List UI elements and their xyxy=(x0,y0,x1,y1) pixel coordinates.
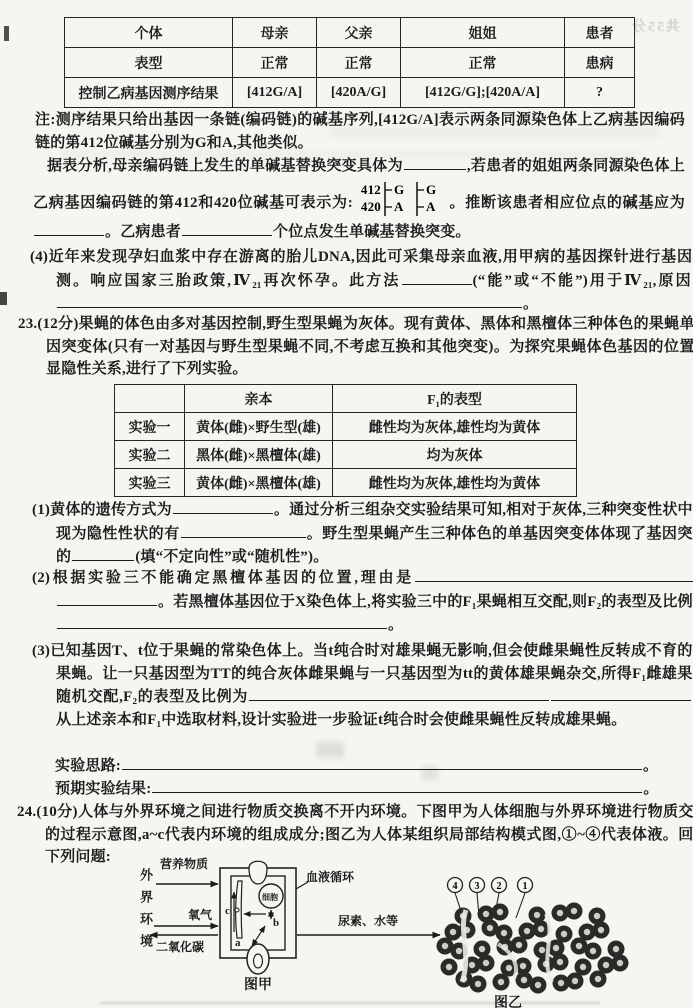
table-cell: 黄体(雌)×野生型(雄) xyxy=(185,413,333,441)
answer-blank xyxy=(57,292,522,308)
answer-blank xyxy=(415,566,693,582)
question-23-intro: 23.(12分)果蝇的体色由多对基因控制,野生型果蝇为灰体。现有黄体、黑体和黑檀… xyxy=(18,313,693,381)
table-cell: [420A/G] xyxy=(317,78,401,108)
question-22-4: (4)近年来发现孕妇血浆中存在游离的胎儿DNA,因此可采集母亲血液,用甲病的基因… xyxy=(30,246,693,316)
urea-water-label: 尿素、水等 xyxy=(338,914,398,928)
table-cell: 正常 xyxy=(317,48,401,78)
table-cell: 母亲 xyxy=(233,18,317,48)
note-paragraph: 注:测序结果只给出基因一条链(编码链)的碱基序列,[412G/A]表示两条同源染… xyxy=(35,109,685,154)
question-23-1: (1)黄体的遗传方式为。通过分析三组杂交实验结果可知,相对于灰体,三种突变性状中… xyxy=(32,498,693,569)
answer-blank xyxy=(173,498,273,514)
question-label: 23. xyxy=(18,316,37,332)
svg-text:A: A xyxy=(394,199,404,214)
nutrients-label: 营养物质 xyxy=(160,857,208,871)
question-text: 根据实验三不能确定黑檀体基因的位置,理由是。若黑檀体基因位于X染色体上,将实验三… xyxy=(50,570,693,633)
table-cell: 黑体(雌)×黑檀体(雄) xyxy=(185,441,333,469)
answer-blank xyxy=(57,613,387,629)
letter-b-label: b xyxy=(273,916,279,930)
table-cell: 均为灰体 xyxy=(333,441,577,469)
question-label: (4) xyxy=(30,249,48,265)
table-cell: 表型 xyxy=(65,48,233,78)
table-cell: 黄体(雌)×黑檀体(雄) xyxy=(185,469,333,497)
letter-a-label: a xyxy=(235,936,241,950)
table-row: 个体母亲父亲姐姐患者 xyxy=(65,18,635,48)
table-cell: 雌性均为灰体,雄性均为黄体 xyxy=(333,413,577,441)
question-text: (12分)果蝇的体色由多对基因控制,野生型果蝇为灰体。现有黄体、黑体和黑檀体三种… xyxy=(37,316,693,377)
figure-yi-caption: 图乙 xyxy=(458,992,558,1008)
answer-blank xyxy=(404,154,466,170)
figure-yi-shapes: 4 3 2 1 xyxy=(428,872,653,1007)
question-23-3: (3)已知基因T、t位于果蝇的常染色体上。当t纯合时对雄果蝇无影响,但会使雌果蝇… xyxy=(32,640,693,731)
circled-number-markers: 4 3 2 1 xyxy=(448,878,533,893)
svg-text:G: G xyxy=(426,182,436,197)
letter-c-label: c xyxy=(225,904,230,918)
table-cell: 患者 xyxy=(565,18,635,48)
table-cell: 个体 xyxy=(65,18,233,48)
table-cell: [412G/G];[420A/A] xyxy=(401,78,565,108)
table-row: 表型正常正常正常患病 xyxy=(65,48,635,78)
table-cell: 实验三 xyxy=(115,469,185,497)
table-cell: 患病 xyxy=(565,48,635,78)
question-text: 已知基因T、t位于果蝇的常染色体上。当t纯合时对雄果蝇无影响,但会使雌果蝇性反转… xyxy=(50,643,693,728)
table-cell: 正常 xyxy=(233,48,317,78)
table-cell xyxy=(115,385,185,413)
figure-yi-diagram: 4 3 2 1 图乙 xyxy=(428,872,653,1007)
answer-blank xyxy=(181,522,306,538)
table-row: 亲本F₁的表型 xyxy=(115,385,577,413)
exam-paper-page: 共55分 个体母亲父亲姐姐患者表型正常正常正常患病控制乙病基因测序结果[412G… xyxy=(0,0,693,1008)
table-row: 控制乙病基因测序结果[412G/A][420A/G][412G/G];[420A… xyxy=(65,78,635,108)
question-label: (1) xyxy=(32,502,50,518)
scan-edge-mark xyxy=(0,292,7,305)
answer-blank xyxy=(182,220,272,236)
question-23-2: (2)根据实验三不能确定黑檀体基因的位置,理由是。若黑檀体基因位于X染色体上,将… xyxy=(32,566,693,637)
answer-blank xyxy=(249,685,549,701)
note-text: 注:测序结果只给出基因一条链(编码链)的碱基序列,[412G/A]表示两条同源染… xyxy=(35,112,685,151)
cell-label: 细胞 xyxy=(262,891,278,905)
table-cell: ? xyxy=(565,78,635,108)
table-row: 实验二黑体(雌)×黑檀体(雄)均为灰体 xyxy=(115,441,577,469)
external-environment-label: 外界环境 xyxy=(138,868,152,964)
question-text: 黄体的遗传方式为。通过分析三组杂交实验结果可知,相对于灰体,三种突变性状中表现为… xyxy=(50,502,693,565)
experiment-plan-line: 实验思路:。 xyxy=(55,754,680,778)
blood-circulation-label: 血液循环 xyxy=(306,870,354,884)
table-cell: 父亲 xyxy=(317,18,401,48)
answer-blank xyxy=(152,777,642,793)
svg-text:412: 412 xyxy=(361,182,381,197)
table-row: 实验一黄体(雌)×野生型(雄)雌性均为灰体,雄性均为黄体 xyxy=(115,413,577,441)
table-cell: 姐姐 xyxy=(401,18,565,48)
answer-blank xyxy=(551,685,691,701)
table-cell: 实验一 xyxy=(115,413,185,441)
table-cell: 雌性均为灰体,雄性均为黄体 xyxy=(333,469,577,497)
table-cell: 控制乙病基因测序结果 xyxy=(65,78,233,108)
chromosome-notation: 412 420 G A G A xyxy=(355,178,447,220)
figure-jia-caption: 图甲 xyxy=(208,974,308,994)
svg-text:420: 420 xyxy=(361,199,381,214)
table-cell: [412G/A] xyxy=(233,78,317,108)
svg-text:G: G xyxy=(394,182,404,197)
svg-text:1: 1 xyxy=(523,881,528,892)
table-cell: 实验二 xyxy=(115,441,185,469)
table-row: 实验三黄体(雌)×黑檀体(雄)雌性均为灰体,雄性均为黄体 xyxy=(115,469,577,497)
table-cell: 亲本 xyxy=(185,385,333,413)
analysis-paragraph: 据表分析,母亲编码链上发生的单碱基替换突变具体为,若患者的姐姐两条同源染色体上乙… xyxy=(33,154,685,243)
oxygen-label: 氧气 xyxy=(188,908,212,922)
question-text: 近年来发现孕妇血浆中存在游离的胎儿DNA,因此可采集母亲血液,用甲病的基因探针进… xyxy=(48,249,693,312)
svg-text:A: A xyxy=(426,199,436,214)
figure-jia-diagram: 外界环境 营养物质 氧气 二氧化碳 血液循环 尿素、水等 细胞 a b c 图甲 xyxy=(138,856,458,1001)
question-label: (2) xyxy=(32,570,50,586)
expect-text: 预期实验结果:。 xyxy=(55,781,659,797)
answer-blank xyxy=(402,269,472,285)
question-label: 24. xyxy=(17,804,36,820)
svg-text:4: 4 xyxy=(453,881,458,892)
plan-text: 实验思路:。 xyxy=(55,758,658,774)
table-cell: 正常 xyxy=(401,48,565,78)
answer-blank xyxy=(72,545,134,561)
question-label: (3) xyxy=(32,643,50,659)
scan-edge-mark xyxy=(4,26,9,41)
table-cell: F₁的表型 xyxy=(333,385,577,413)
answer-blank xyxy=(57,590,157,606)
expected-result-line: 预期实验结果:。 xyxy=(55,777,680,801)
genotype-table: 个体母亲父亲姐姐患者表型正常正常正常患病控制乙病基因测序结果[412G/A][4… xyxy=(64,17,635,108)
svg-text:3: 3 xyxy=(475,881,480,892)
answer-blank xyxy=(122,754,642,770)
carbon-dioxide-label: 二氧化碳 xyxy=(156,940,204,954)
cross-experiment-table: 亲本F₁的表型实验一黄体(雌)×野生型(雄)雌性均为灰体,雄性均为黄体实验二黑体… xyxy=(114,384,577,497)
svg-text:2: 2 xyxy=(497,881,502,892)
answer-blank xyxy=(34,220,104,236)
